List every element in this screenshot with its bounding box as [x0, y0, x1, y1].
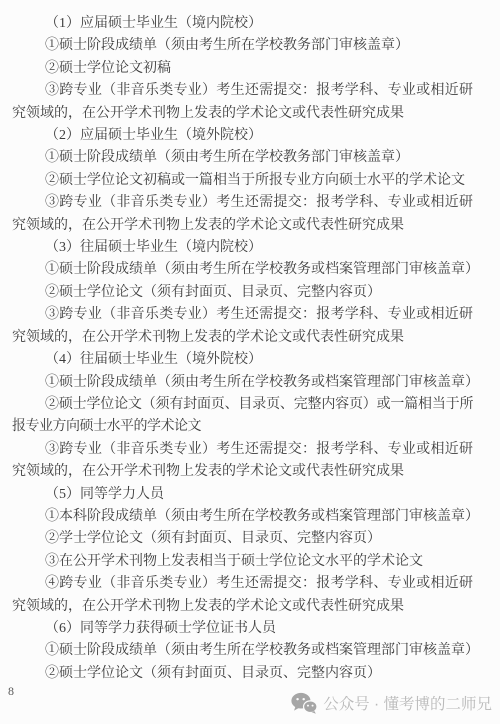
section-heading: （2）应届硕士毕业生（境外院校）: [12, 125, 473, 147]
doc-section: （1）应届硕士毕业生（境内院校） ①硕士阶段成绩单（须由考生所在学校教务部门审核…: [12, 13, 473, 125]
section-item: ③跨专业（非音乐类专业）考生还需提交：报考学科、专业或相近研究领域的，在公开学术…: [12, 439, 473, 484]
section-item: ②硕士学位论文初稿: [12, 58, 473, 80]
section-item: ①硕士阶段成绩单（须由考生所在学校教务部门审核盖章）: [12, 35, 473, 57]
section-item: ④跨专业（非音乐类专业）考生还需提交：报考学科、专业或相近研究领域的，在公开学术…: [12, 573, 473, 618]
section-item: ②硕士学位论文（须有封面页、目录页、完整内容页）: [12, 663, 473, 685]
section-item: ①硕士阶段成绩单（须由考生所在学校教务部门审核盖章）: [12, 147, 473, 169]
doc-section: （4）往届硕士毕业生（境外院校） ①硕士阶段成绩单（须由考生所在学校教务或档案管…: [12, 349, 473, 483]
section-item: ③跨专业（非音乐类专业）考生还需提交：报考学科、专业或相近研究领域的，在公开学术…: [12, 304, 473, 349]
wechat-icon: [291, 692, 317, 714]
page-number: 8: [8, 684, 14, 699]
section-item: ③跨专业（非音乐类专业）考生还需提交：报考学科、专业或相近研究领域的，在公开学术…: [12, 192, 473, 237]
section-heading: （5）同等学力人员: [12, 484, 473, 506]
section-item: ①硕士阶段成绩单（须由考生所在学校教务或档案管理部门审核盖章）: [12, 640, 473, 662]
section-heading: （3）往届硕士毕业生（境内院校）: [12, 237, 473, 259]
section-item: ①硕士阶段成绩单（须由考生所在学校教务或档案管理部门审核盖章）: [12, 259, 473, 281]
section-item: ②学士学位论文（须有封面页、目录页、完整内容页）: [12, 528, 473, 550]
watermark-label: 公众号 · 懂考博的二师兄: [323, 692, 492, 714]
section-item: ②硕士学位论文（须有封面页、目录页、完整内容页）或一篇相当于所报专业方向硕士水平…: [12, 394, 473, 439]
doc-section: （6）同等学力获得硕士学位证书人员 ①硕士阶段成绩单（须由考生所在学校教务或档案…: [12, 618, 473, 685]
section-heading: （6）同等学力获得硕士学位证书人员: [12, 618, 473, 640]
section-heading: （4）往届硕士毕业生（境外院校）: [12, 349, 473, 371]
section-item: ③跨专业（非音乐类专业）考生还需提交：报考学科、专业或相近研究领域的，在公开学术…: [12, 80, 473, 125]
doc-section: （5）同等学力人员 ①本科阶段成绩单（须由考生所在学校教务或档案管理部门审核盖章…: [12, 484, 473, 618]
section-heading: （1）应届硕士毕业生（境内院校）: [12, 13, 473, 35]
doc-section: （3）往届硕士毕业生（境内院校） ①硕士阶段成绩单（须由考生所在学校教务或档案管…: [12, 237, 473, 349]
document-page: （1）应届硕士毕业生（境内院校） ①硕士阶段成绩单（须由考生所在学校教务部门审核…: [0, 0, 500, 685]
section-item: ①硕士阶段成绩单（须由考生所在学校教务或档案管理部门审核盖章）: [12, 372, 473, 394]
watermark: 公众号 · 懂考博的二师兄: [291, 692, 492, 714]
section-item: ②硕士学位论文初稿或一篇相当于所报专业方向硕士水平的学术论文: [12, 170, 473, 192]
section-item: ①本科阶段成绩单（须由考生所在学校教务或档案管理部门审核盖章）: [12, 506, 473, 528]
section-item: ②硕士学位论文（须有封面页、目录页、完整内容页）: [12, 282, 473, 304]
section-item: ③在公开学术刊物上发表相当于硕士学位论文水平的学术论文: [12, 551, 473, 573]
doc-section: （2）应届硕士毕业生（境外院校） ①硕士阶段成绩单（须由考生所在学校教务部门审核…: [12, 125, 473, 237]
